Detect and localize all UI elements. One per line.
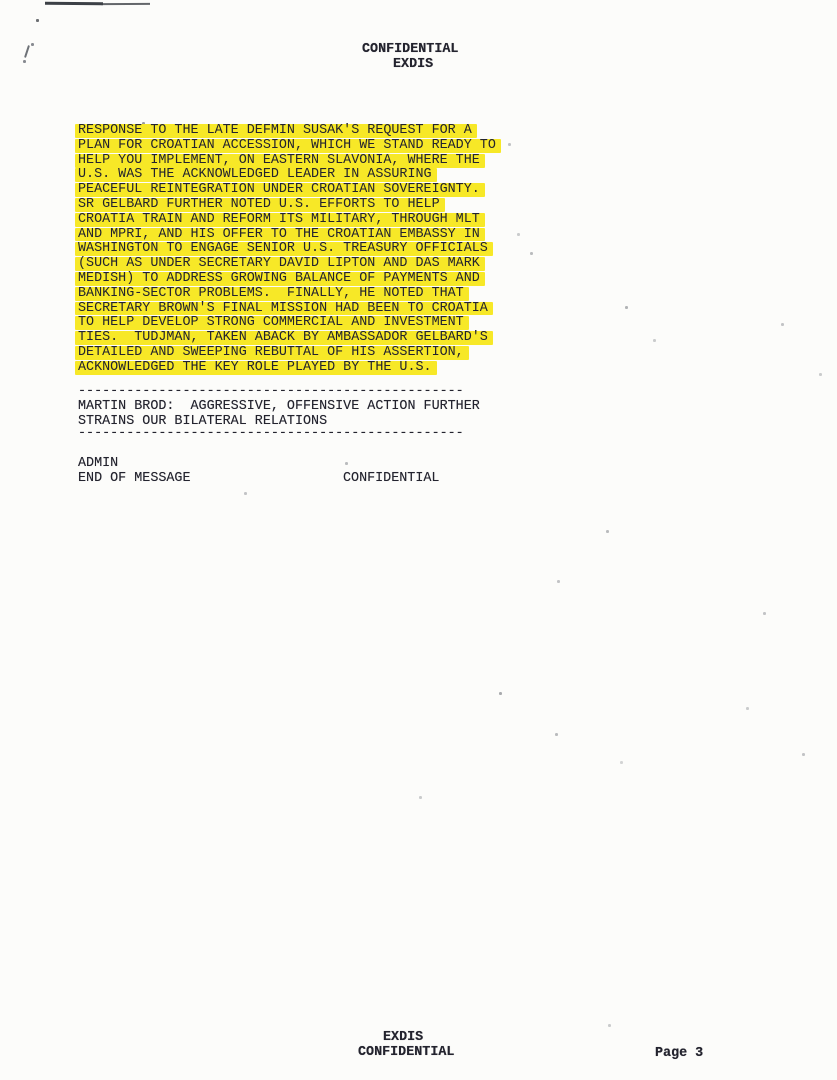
scan-artifact-line [45,2,103,5]
scan-speck [499,692,502,695]
scan-speck [625,306,628,309]
highlighted-line: TO HELP DEVELOP STRONG COMMERCIAL AND IN… [78,316,501,331]
scan-speck [819,373,822,376]
pen-mark-dot [31,43,34,46]
highlighted-line: SECRETARY BROWN'S FINAL MISSION HAD BEEN… [78,302,501,317]
highlighted-line: TIES. TUDJMAN, TAKEN ABACK BY AMBASSADOR… [78,331,501,346]
footer-caption: EXDIS [383,1031,423,1046]
scan-speck [781,323,784,326]
highlighted-line: U.S. WAS THE ACKNOWLEDGED LEADER IN ASSU… [78,168,501,183]
scan-speck [244,492,247,495]
highlighted-line-text: TIES. TUDJMAN, TAKEN ABACK BY AMBASSADOR… [75,331,493,345]
admin-label: ADMIN [78,457,118,472]
scan-speck [606,530,609,533]
highlighted-line: CROATIA TRAIN AND REFORM ITS MILITARY, T… [78,213,501,228]
scan-speck [517,233,520,236]
comment-line-1: MARTIN BROD: AGGRESSIVE, OFFENSIVE ACTIO… [78,400,480,415]
scan-speck [653,339,656,342]
separator-bottom: ----------------------------------------… [78,427,464,442]
scan-speck [608,1024,611,1027]
document-page: CONFIDENTIAL EXDIS RESPONSE TO THE LATE … [0,0,837,1080]
highlighted-line: AND MPRI, AND HIS OFFER TO THE CROATIAN … [78,228,501,243]
header-caption: EXDIS [393,58,433,73]
highlighted-line-text: PLAN FOR CROATIAN ACCESSION, WHICH WE ST… [75,139,501,153]
highlighted-line-text: PEACEFUL REINTEGRATION UNDER CROATIAN SO… [75,183,485,197]
highlighted-line-text: BANKING-SECTOR PROBLEMS. FINALLY, HE NOT… [75,287,469,301]
highlighted-line: PLAN FOR CROATIAN ACCESSION, WHICH WE ST… [78,139,501,154]
scan-speck [419,796,422,799]
pen-mark-dot [23,60,26,63]
header-classification: CONFIDENTIAL [362,43,458,58]
scan-speck [555,733,558,736]
highlighted-line-text: U.S. WAS THE ACKNOWLEDGED LEADER IN ASSU… [75,168,437,182]
highlighted-line-text: SR GELBARD FURTHER NOTED U.S. EFFORTS TO… [75,198,445,212]
highlighted-line-text: WASHINGTON TO ENGAGE SENIOR U.S. TREASUR… [75,242,493,256]
highlighted-line-text: RESPONSE TO THE LATE DEFMIN SUSAK'S REQU… [75,124,477,138]
scan-artifact-line [101,3,150,5]
highlighted-line: PEACEFUL REINTEGRATION UNDER CROATIAN SO… [78,183,501,198]
highlighted-line-text: HELP YOU IMPLEMENT, ON EASTERN SLAVONIA,… [75,154,485,168]
highlighted-line-text: AND MPRI, AND HIS OFFER TO THE CROATIAN … [75,228,485,242]
scan-speck [763,612,766,615]
scan-speck [746,707,749,710]
highlighted-line: HELP YOU IMPLEMENT, ON EASTERN SLAVONIA,… [78,154,501,169]
highlighted-line-text: TO HELP DEVELOP STRONG COMMERCIAL AND IN… [75,316,469,330]
highlighted-line-text: (SUCH AS UNDER SECRETARY DAVID LIPTON AN… [75,257,485,271]
scan-speck [557,580,560,583]
scan-speck [508,143,511,146]
highlighted-line: SR GELBARD FURTHER NOTED U.S. EFFORTS TO… [78,198,501,213]
scan-speck [530,252,533,255]
highlighted-line-text: DETAILED AND SWEEPING REBUTTAL OF HIS AS… [75,346,469,360]
footer-classification: CONFIDENTIAL [358,1046,454,1061]
scan-speck [802,753,805,756]
highlighted-paragraph: RESPONSE TO THE LATE DEFMIN SUSAK'S REQU… [78,124,501,376]
scan-speck [620,761,623,764]
page-number: Page 3 [655,1047,703,1062]
scan-speck [36,19,39,22]
separator-top: ----------------------------------------… [78,385,464,400]
highlighted-line-text: MEDISH) TO ADDRESS GROWING BALANCE OF PA… [75,272,485,286]
highlighted-line-text: ACKNOWLEDGED THE KEY ROLE PLAYED BY THE … [75,361,437,375]
highlighted-line: WASHINGTON TO ENGAGE SENIOR U.S. TREASUR… [78,242,501,257]
pen-mark [24,45,30,58]
highlighted-line-text: CROATIA TRAIN AND REFORM ITS MILITARY, T… [75,213,485,227]
highlighted-line: ACKNOWLEDGED THE KEY ROLE PLAYED BY THE … [78,361,501,376]
inline-classification: CONFIDENTIAL [343,472,439,487]
highlighted-line: RESPONSE TO THE LATE DEFMIN SUSAK'S REQU… [78,124,501,139]
end-of-message-label: END OF MESSAGE [78,472,191,487]
highlighted-line: (SUCH AS UNDER SECRETARY DAVID LIPTON AN… [78,257,501,272]
highlighted-line-text: SECRETARY BROWN'S FINAL MISSION HAD BEEN… [75,302,493,316]
highlighted-line: MEDISH) TO ADDRESS GROWING BALANCE OF PA… [78,272,501,287]
highlighted-line: DETAILED AND SWEEPING REBUTTAL OF HIS AS… [78,346,501,361]
scan-speck [345,462,348,465]
highlighted-line: BANKING-SECTOR PROBLEMS. FINALLY, HE NOT… [78,287,501,302]
